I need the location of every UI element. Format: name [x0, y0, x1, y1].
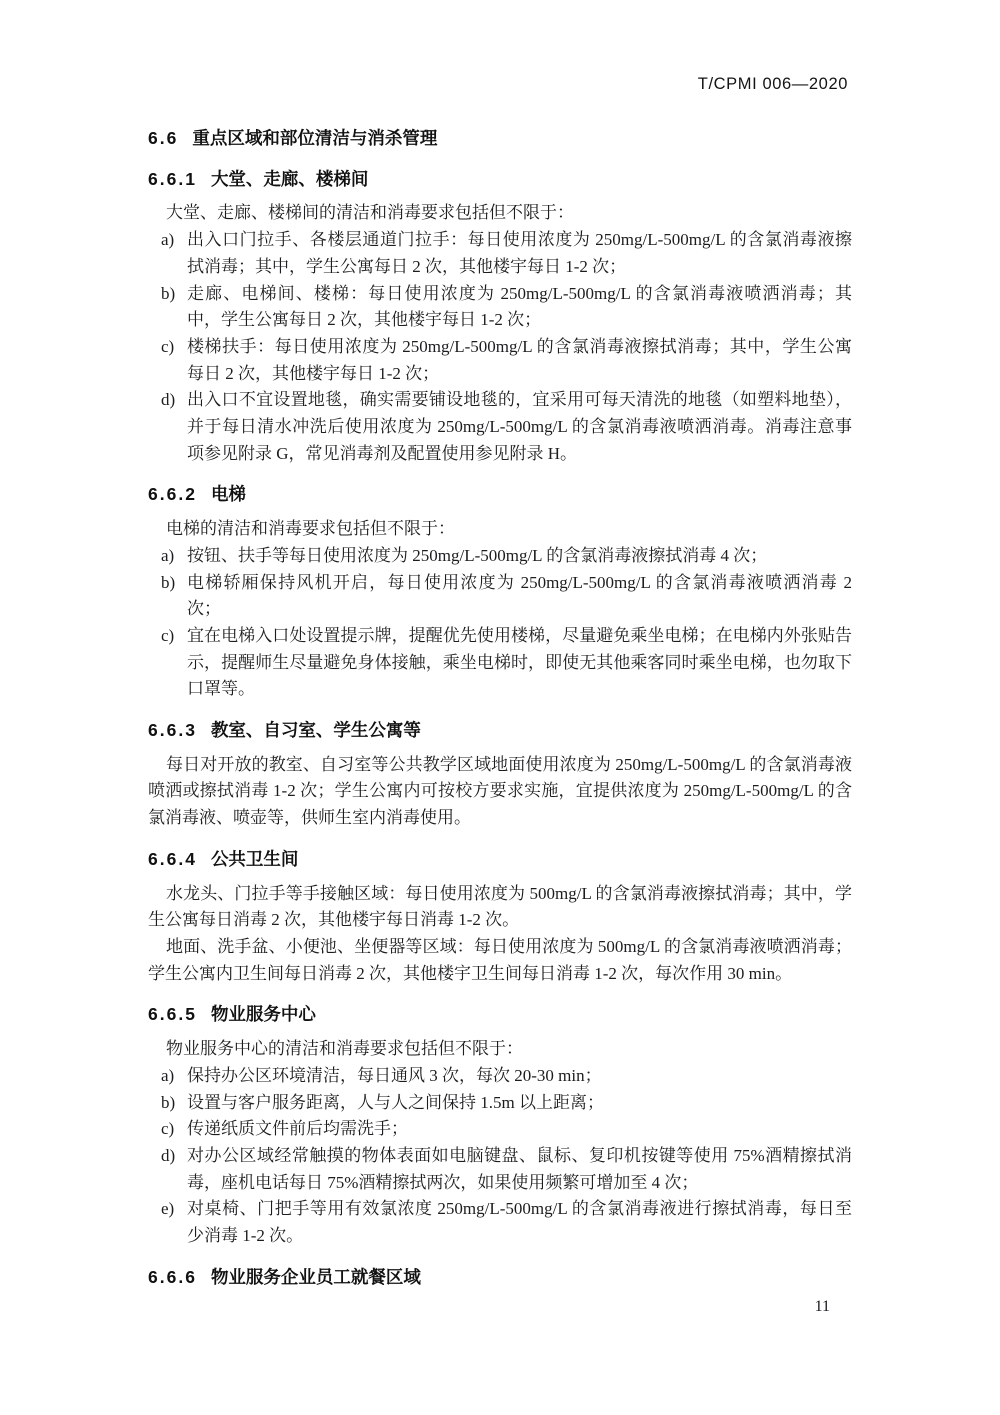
list-item: b)设置与客户服务距离，人与人之间保持 1.5m 以上距离； — [148, 1090, 852, 1117]
list-item-text: 设置与客户服务距离，人与人之间保持 1.5m 以上距离； — [187, 1093, 604, 1112]
section-number: 6.6.1 — [148, 166, 197, 193]
list-item-text: 出入口不宜设置地毯，确实需要铺设地毯的，宜采用可每天清洗的地毯（如塑料地垫），并… — [187, 390, 852, 462]
list-item: d)出入口不宜设置地毯，确实需要铺设地毯的，宜采用可每天清洗的地毯（如塑料地垫）… — [148, 387, 852, 467]
list-item: a)按钮、扶手等每日使用浓度为 250mg/L-500mg/L 的含氯消毒液擦拭… — [148, 543, 852, 570]
list-item-label: c) — [161, 334, 174, 361]
section-title: 物业服务企业员工就餐区域 — [211, 1267, 421, 1287]
list-item-label: b) — [161, 281, 175, 308]
section-heading: 6.6.3教室、自习室、学生公寓等 — [148, 717, 852, 744]
list-item-text: 电梯轿厢保持风机开启，每日使用浓度为 250mg/L-500mg/L 的含氯消毒… — [187, 573, 852, 619]
section-heading: 6.6.4公共卫生间 — [148, 846, 852, 873]
list-item: a)出入口门拉手、各楼层通道门拉手：每日使用浓度为 250mg/L-500mg/… — [148, 227, 852, 280]
paragraph: 大堂、走廊、楼梯间的清洁和消毒要求包括但不限于： — [148, 200, 852, 227]
document-code-header: T/CPMI 006—2020 — [698, 71, 848, 98]
section-6.6.6: 6.6.6物业服务企业员工就餐区域 — [148, 1264, 852, 1291]
list-item-label: b) — [161, 570, 175, 597]
list-item: b)走廊、电梯间、楼梯：每日使用浓度为 250mg/L-500mg/L 的含氯消… — [148, 281, 852, 334]
section-heading: 6.6重点区域和部位清洁与消杀管理 — [148, 125, 852, 152]
list-item-text: 传递纸质文件前后均需洗手； — [187, 1119, 408, 1138]
list-item-label: d) — [161, 1143, 175, 1170]
list-item-text: 出入口门拉手、各楼层通道门拉手：每日使用浓度为 250mg/L-500mg/L … — [187, 230, 852, 276]
section-6.6.2: 6.6.2电梯电梯的清洁和消毒要求包括但不限于：a)按钮、扶手等每日使用浓度为 … — [148, 481, 852, 703]
list-item: c)传递纸质文件前后均需洗手； — [148, 1116, 852, 1143]
section-title: 重点区域和部位清洁与消杀管理 — [192, 128, 437, 148]
list-item-label: a) — [161, 543, 174, 570]
list-item-label: b) — [161, 1090, 175, 1117]
section-heading: 6.6.1大堂、走廊、楼梯间 — [148, 166, 852, 193]
paragraph: 物业服务中心的清洁和消毒要求包括但不限于： — [148, 1036, 852, 1063]
section-title: 教室、自习室、学生公寓等 — [211, 720, 421, 740]
paragraph: 电梯的清洁和消毒要求包括但不限于： — [148, 516, 852, 543]
section-heading: 6.6.5物业服务中心 — [148, 1001, 852, 1028]
section-title: 电梯 — [211, 484, 246, 504]
list-item-label: c) — [161, 1116, 174, 1143]
list-item-label: d) — [161, 387, 175, 414]
list-item-text: 宜在电梯入口处设置提示牌，提醒优先使用楼梯，尽量避免乘坐电梯；在电梯内外张贴告示… — [187, 626, 852, 698]
list-item-text: 对桌椅、门把手等用有效氯浓度 250mg/L-500mg/L 的含氯消毒液进行擦… — [187, 1199, 852, 1245]
list-item-text: 按钮、扶手等每日使用浓度为 250mg/L-500mg/L 的含氯消毒液擦拭消毒… — [187, 546, 767, 565]
section-6.6.4: 6.6.4公共卫生间水龙头、门拉手等手接触区域：每日使用浓度为 500mg/L … — [148, 846, 852, 988]
section-heading: 6.6.2电梯 — [148, 481, 852, 508]
list-item-text: 走廊、电梯间、楼梯：每日使用浓度为 250mg/L-500mg/L 的含氯消毒液… — [187, 284, 852, 330]
section-number: 6.6 — [148, 125, 178, 152]
list-item-label: c) — [161, 623, 174, 650]
section-6.6.5: 6.6.5物业服务中心物业服务中心的清洁和消毒要求包括但不限于：a)保持办公区环… — [148, 1001, 852, 1249]
section-heading: 6.6.6物业服务企业员工就餐区域 — [148, 1264, 852, 1291]
list-item-label: e) — [161, 1196, 174, 1223]
list-item: c)楼梯扶手：每日使用浓度为 250mg/L-500mg/L 的含氯消毒液擦拭消… — [148, 334, 852, 387]
document-page: T/CPMI 006—2020 6.6重点区域和部位清洁与消杀管理6.6.1大堂… — [0, 0, 1000, 1415]
list-item: a)保持办公区环境清洁，每日通风 3 次，每次 20-30 min； — [148, 1063, 852, 1090]
paragraph: 地面、洗手盆、小便池、坐便器等区域：每日使用浓度为 500mg/L 的含氯消毒液… — [148, 934, 852, 987]
list-item: c)宜在电梯入口处设置提示牌，提醒优先使用楼梯，尽量避免乘坐电梯；在电梯内外张贴… — [148, 623, 852, 703]
paragraph: 水龙头、门拉手等手接触区域：每日使用浓度为 500mg/L 的含氯消毒液擦拭消毒… — [148, 881, 852, 934]
section-number: 6.6.5 — [148, 1001, 197, 1028]
list-item-text: 保持办公区环境清洁，每日通风 3 次，每次 20-30 min； — [187, 1066, 602, 1085]
section-number: 6.6.4 — [148, 846, 197, 873]
section-6.6.3: 6.6.3教室、自习室、学生公寓等每日对开放的教室、自习室等公共教学区域地面使用… — [148, 717, 852, 832]
section-title: 大堂、走廊、楼梯间 — [211, 169, 369, 189]
list-item-label: a) — [161, 227, 174, 254]
page-number: 11 — [815, 1294, 830, 1321]
document-body: 6.6重点区域和部位清洁与消杀管理6.6.1大堂、走廊、楼梯间大堂、走廊、楼梯间… — [148, 111, 852, 1298]
list-item: e)对桌椅、门把手等用有效氯浓度 250mg/L-500mg/L 的含氯消毒液进… — [148, 1196, 852, 1249]
list-item: d)对办公区域经常触摸的物体表面如电脑键盘、鼠标、复印机按键等使用 75%酒精擦… — [148, 1143, 852, 1196]
list-item-label: a) — [161, 1063, 174, 1090]
list-item: b)电梯轿厢保持风机开启，每日使用浓度为 250mg/L-500mg/L 的含氯… — [148, 570, 852, 623]
section-title: 公共卫生间 — [211, 849, 299, 869]
section-number: 6.6.3 — [148, 717, 197, 744]
section-number: 6.6.6 — [148, 1264, 197, 1291]
section-number: 6.6.2 — [148, 481, 197, 508]
list-item-text: 对办公区域经常触摸的物体表面如电脑键盘、鼠标、复印机按键等使用 75%酒精擦拭消… — [187, 1146, 852, 1192]
list-item-text: 楼梯扶手：每日使用浓度为 250mg/L-500mg/L 的含氯消毒液擦拭消毒；… — [187, 337, 852, 383]
section-6.6: 6.6重点区域和部位清洁与消杀管理 — [148, 125, 852, 152]
section-title: 物业服务中心 — [211, 1004, 316, 1024]
paragraph: 每日对开放的教室、自习室等公共教学区域地面使用浓度为 250mg/L-500mg… — [148, 752, 852, 832]
section-6.6.1: 6.6.1大堂、走廊、楼梯间大堂、走廊、楼梯间的清洁和消毒要求包括但不限于：a)… — [148, 166, 852, 468]
